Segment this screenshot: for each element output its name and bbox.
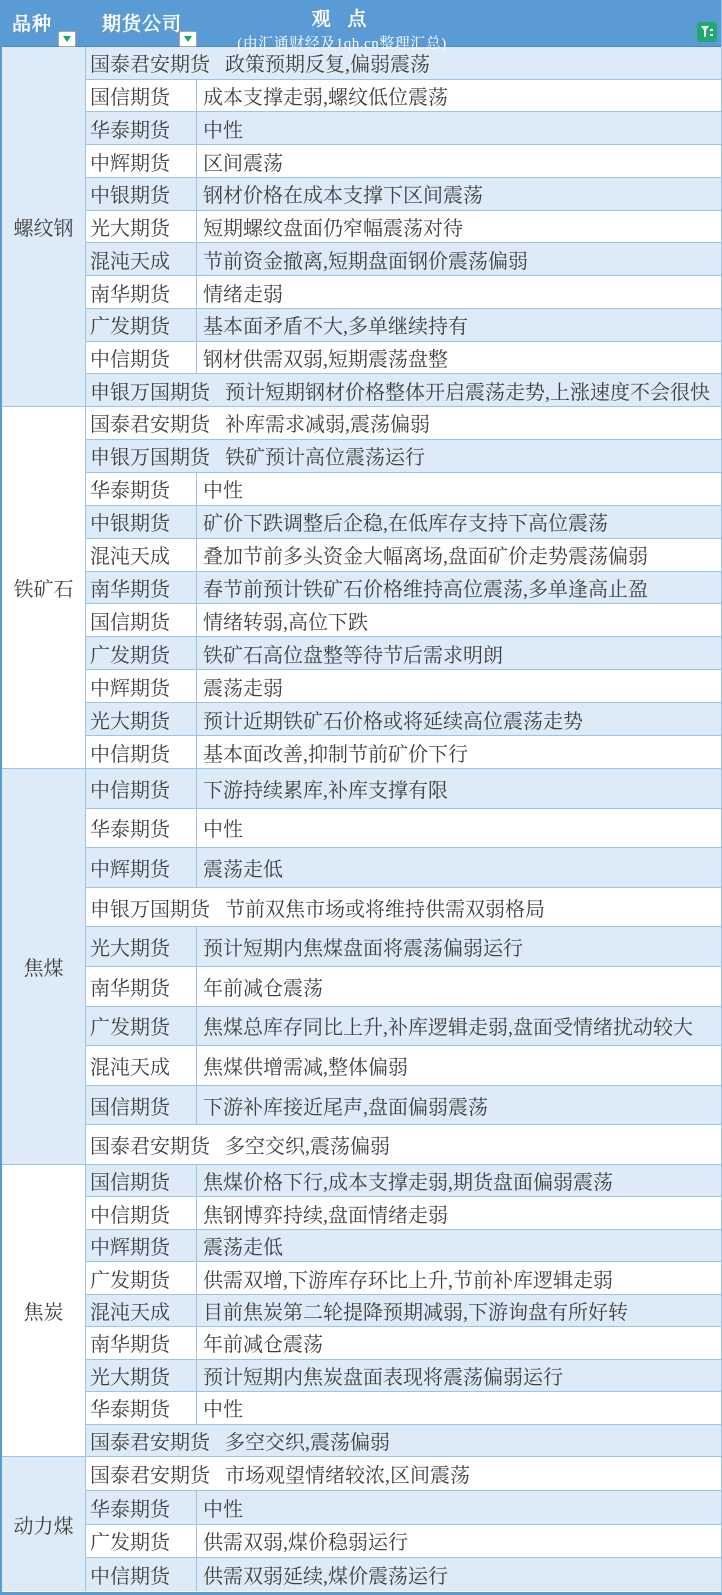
table-row: 光大期货预计近期铁矿石价格或将延续高位震荡走势 bbox=[86, 703, 721, 736]
company-cell[interactable]: 混沌天成 bbox=[86, 1295, 197, 1326]
table-row: 光大期货预计短期内焦煤盘面将震荡偏弱运行 bbox=[86, 927, 721, 967]
view-cell[interactable]: 补库需求减弱,震荡偏弱 bbox=[219, 407, 721, 439]
table-row: 南华期货春节前预计铁矿石价格维持高位震荡,多单逢高止盈 bbox=[86, 572, 721, 605]
table-row: 中银期货钢材价格在成本支撑下区间震荡 bbox=[86, 178, 721, 211]
table-row: 中辉期货震荡走低 bbox=[86, 1230, 721, 1262]
company-column-header: 期货公司 bbox=[102, 9, 182, 36]
view-cell[interactable]: 下游持续累库,补库支撑有限 bbox=[197, 769, 721, 808]
table-row: 国信期货情绪转弱,高位下跌 bbox=[86, 604, 721, 637]
view-cell[interactable]: 年前减仓震荡 bbox=[197, 967, 721, 1006]
table-body: 螺纹钢国泰君安期货政策预期反复,偏弱震荡国信期货成本支撑走弱,螺纹低位震荡华泰期… bbox=[2, 47, 721, 1591]
company-cell[interactable]: 华泰期货 bbox=[86, 1491, 197, 1524]
view-cell[interactable]: 中性 bbox=[197, 1491, 721, 1524]
company-cell[interactable]: 中辉期货 bbox=[86, 848, 197, 887]
table-row: 混沌天成焦煤供增需减,整体偏弱 bbox=[86, 1046, 721, 1086]
variety-cell[interactable]: 焦煤 bbox=[2, 769, 86, 1164]
table-row: 南华期货年前减仓震荡 bbox=[86, 1327, 721, 1359]
table-row: 中银期货矿价下跌调整后企稳,在低库存支持下高位震荡 bbox=[86, 506, 721, 539]
view-cell[interactable]: 预计短期内焦炭盘面表现将震荡偏弱运行 bbox=[197, 1360, 721, 1391]
view-cell[interactable]: 预计短期内焦煤盘面将震荡偏弱运行 bbox=[197, 927, 721, 966]
view-cell[interactable]: 铁矿石高位盘整等待节后需求明朗 bbox=[197, 637, 721, 669]
company-cell[interactable]: 申银万国期货 bbox=[86, 374, 219, 406]
table-row: 华泰期货中性 bbox=[86, 809, 721, 849]
company-cell[interactable]: 中辉期货 bbox=[86, 1230, 197, 1261]
view-cell[interactable]: 预计短期钢材价格整体开启震荡走势,上涨速度不会很快 bbox=[219, 374, 721, 406]
view-cell[interactable]: 矿价下跌调整后企稳,在低库存支持下高位震荡 bbox=[197, 506, 721, 538]
table-row: 申银万国期货铁矿预计高位震荡运行 bbox=[86, 440, 721, 473]
table-row: 广发期货供需双弱,煤价稳弱运行 bbox=[86, 1525, 721, 1559]
company-cell[interactable]: 南华期货 bbox=[86, 967, 197, 1006]
table-row: 广发期货铁矿石高位盘整等待节后需求明朗 bbox=[86, 637, 721, 670]
company-cell[interactable]: 广发期货 bbox=[86, 1525, 197, 1558]
company-cell[interactable]: 广发期货 bbox=[86, 637, 197, 669]
company-cell[interactable]: 南华期货 bbox=[86, 1327, 197, 1358]
table-row: 混沌天成节前资金撤离,短期盘面钢价震荡偏弱 bbox=[86, 243, 721, 276]
table-row: 国信期货成本支撑走弱,螺纹低位震荡 bbox=[86, 80, 721, 113]
table-row: 华泰期货中性 bbox=[86, 112, 721, 145]
table-row: 混沌天成叠加节前多头资金大幅离场,盘面矿价走势震荡偏弱 bbox=[86, 539, 721, 572]
variety-filter-dropdown[interactable] bbox=[58, 31, 76, 47]
table-row: 华泰期货中性 bbox=[86, 1392, 721, 1424]
table-row: 中信期货下游持续累库,补库支撑有限 bbox=[86, 769, 721, 809]
table-row: 混沌天成目前焦炭第二轮提降预期减弱,下游询盘有所好转 bbox=[86, 1295, 721, 1327]
futures-views-table: 品种 期货公司 观 点 (由汇通财经及1qh.cn整理汇总) 螺纹钢国泰君安期货… bbox=[0, 0, 722, 1595]
company-cell[interactable]: 南华期货 bbox=[86, 276, 197, 308]
view-cell[interactable]: 震荡走低 bbox=[197, 848, 721, 887]
table-row: 国泰君安期货补库需求减弱,震荡偏弱 bbox=[86, 407, 721, 440]
table-row: 中信期货供需双弱延续,煤价震荡运行 bbox=[86, 1558, 721, 1591]
table-row: 南华期货情绪走弱 bbox=[86, 276, 721, 309]
view-cell[interactable]: 震荡走弱 bbox=[197, 670, 721, 702]
commodity-section: 焦炭国信期货焦煤价格下行,成本支撑走弱,期货盘面偏弱震荡中信期货焦钢博弈持续,盘… bbox=[2, 1165, 721, 1457]
table-row: 国信期货焦煤价格下行,成本支撑走弱,期货盘面偏弱震荡 bbox=[86, 1165, 721, 1197]
view-cell[interactable]: 叠加节前多头资金大幅离场,盘面矿价走势震荡偏弱 bbox=[197, 539, 721, 571]
view-cell[interactable]: 春节前预计铁矿石价格维持高位震荡,多单逢高止盈 bbox=[197, 572, 721, 604]
view-cell[interactable]: 目前焦炭第二轮提降预期减弱,下游询盘有所好转 bbox=[197, 1295, 721, 1326]
table-row: 光大期货预计短期内焦炭盘面表现将震荡偏弱运行 bbox=[86, 1360, 721, 1392]
company-cell[interactable]: 华泰期货 bbox=[86, 473, 197, 505]
view-cell[interactable]: 中性 bbox=[197, 112, 721, 144]
view-cell[interactable]: 中性 bbox=[197, 1392, 721, 1423]
table-row: 华泰期货中性 bbox=[86, 473, 721, 506]
commodity-section: 动力煤国泰君安期货市场观望情绪较浓,区间震荡华泰期货中性广发期货供需双弱,煤价稳… bbox=[2, 1457, 721, 1591]
variety-column-header: 品种 bbox=[12, 9, 52, 36]
table-row: 国泰君安期货多空交织,震荡偏弱 bbox=[86, 1125, 721, 1164]
view-cell[interactable]: 焦钢博弈持续,盘面情绪走弱 bbox=[197, 1197, 721, 1228]
section-rows: 国信期货焦煤价格下行,成本支撑走弱,期货盘面偏弱震荡中信期货焦钢博弈持续,盘面情… bbox=[86, 1165, 721, 1456]
company-cell[interactable]: 中银期货 bbox=[86, 178, 197, 210]
company-cell[interactable]: 光大期货 bbox=[86, 703, 197, 735]
table-row: 国信期货下游补库接近尾声,盘面偏弱震荡 bbox=[86, 1086, 721, 1126]
company-cell[interactable]: 国泰君安期货 bbox=[86, 1125, 219, 1164]
company-filter-dropdown[interactable] bbox=[179, 31, 197, 47]
company-cell[interactable]: 国信期货 bbox=[86, 80, 197, 112]
variety-cell[interactable]: 铁矿石 bbox=[2, 407, 86, 768]
view-cell[interactable]: 供需双弱延续,煤价震荡运行 bbox=[197, 1558, 721, 1591]
company-cell[interactable]: 广发期货 bbox=[86, 1262, 197, 1293]
section-rows: 国泰君安期货政策预期反复,偏弱震荡国信期货成本支撑走弱,螺纹低位震荡华泰期货中性… bbox=[86, 47, 721, 406]
view-cell[interactable]: 震荡走低 bbox=[197, 1230, 721, 1261]
view-cell[interactable]: 成本支撑走弱,螺纹低位震荡 bbox=[197, 80, 721, 112]
commodity-section: 螺纹钢国泰君安期货政策预期反复,偏弱震荡国信期货成本支撑走弱,螺纹低位震荡华泰期… bbox=[2, 47, 721, 407]
table-row: 广发期货基本面矛盾不大,多单继续持有 bbox=[86, 309, 721, 342]
view-cell[interactable]: 中性 bbox=[197, 809, 721, 848]
company-cell[interactable]: 中辉期货 bbox=[86, 670, 197, 702]
table-row: 中辉期货震荡走弱 bbox=[86, 670, 721, 703]
company-cell[interactable]: 光大期货 bbox=[86, 1360, 197, 1391]
view-cell[interactable]: 年前减仓震荡 bbox=[197, 1327, 721, 1358]
company-cell[interactable]: 中信期货 bbox=[86, 736, 197, 768]
view-cell[interactable]: 市场观望情绪较浓,区间震荡 bbox=[219, 1457, 721, 1490]
view-column-header: 观 点 (由汇通财经及1qh.cn整理汇总) bbox=[197, 4, 487, 53]
view-cell[interactable]: 多空交织,震荡偏弱 bbox=[219, 1125, 721, 1164]
view-cell[interactable]: 节前资金撤离,短期盘面钢价震荡偏弱 bbox=[197, 243, 721, 275]
commodity-section: 焦煤中信期货下游持续累库,补库支撑有限华泰期货中性中辉期货震荡走低申银万国期货节… bbox=[2, 769, 721, 1165]
chevron-down-icon bbox=[63, 36, 71, 42]
company-cell[interactable]: 国信期货 bbox=[86, 1086, 197, 1125]
table-row: 中信期货焦钢博弈持续,盘面情绪走弱 bbox=[86, 1197, 721, 1229]
company-cell[interactable]: 混沌天成 bbox=[86, 1046, 197, 1085]
company-cell[interactable]: 中辉期货 bbox=[86, 145, 197, 177]
table-row: 中信期货钢材供需双弱,短期震荡盘整 bbox=[86, 342, 721, 375]
view-column-subtitle: (由汇通财经及1qh.cn整理汇总) bbox=[197, 32, 487, 53]
table-row: 国泰君安期货市场观望情绪较浓,区间震荡 bbox=[86, 1457, 721, 1491]
table-row: 中辉期货震荡走低 bbox=[86, 848, 721, 888]
view-cell[interactable]: 短期螺纹盘面仍窄幅震荡对待 bbox=[197, 211, 721, 243]
section-rows: 国泰君安期货补库需求减弱,震荡偏弱申银万国期货铁矿预计高位震荡运行华泰期货中性中… bbox=[86, 407, 721, 768]
view-cell[interactable]: 预计近期铁矿石价格或将延续高位震荡走势 bbox=[197, 703, 721, 735]
table-row: 光大期货短期螺纹盘面仍窄幅震荡对待 bbox=[86, 211, 721, 244]
view-cell[interactable]: 基本面矛盾不大,多单继续持有 bbox=[197, 309, 721, 341]
table-row: 国泰君安期货多空交织,震荡偏弱 bbox=[86, 1425, 721, 1456]
company-cell[interactable]: 中信期货 bbox=[86, 1558, 197, 1591]
section-rows: 中信期货下游持续累库,补库支撑有限华泰期货中性中辉期货震荡走低申银万国期货节前双… bbox=[86, 769, 721, 1164]
company-cell[interactable]: 申银万国期货 bbox=[86, 888, 219, 927]
table-row: 广发期货焦煤总库存同比上升,补库逻辑走弱,盘面受情绪扰动较大 bbox=[86, 1007, 721, 1047]
company-cell[interactable]: 南华期货 bbox=[86, 572, 197, 604]
chevron-down-icon bbox=[184, 36, 192, 42]
section-rows: 国泰君安期货市场观望情绪较浓,区间震荡华泰期货中性广发期货供需双弱,煤价稳弱运行… bbox=[86, 1457, 721, 1591]
view-cell[interactable]: 供需双增,下游库存环比上升,节前补库逻辑走弱 bbox=[197, 1262, 721, 1293]
company-cell[interactable]: 中信期货 bbox=[86, 342, 197, 374]
table-row: 申银万国期货预计短期钢材价格整体开启震荡走势,上涨速度不会很快 bbox=[86, 374, 721, 406]
company-cell[interactable]: 混沌天成 bbox=[86, 539, 197, 571]
view-cell[interactable]: 中性 bbox=[197, 473, 721, 505]
view-cell[interactable]: 焦煤价格下行,成本支撑走弱,期货盘面偏弱震荡 bbox=[197, 1165, 721, 1196]
company-cell[interactable]: 国泰君安期货 bbox=[86, 1457, 219, 1490]
company-cell[interactable]: 光大期货 bbox=[86, 927, 197, 966]
view-column-title: 观 点 bbox=[197, 4, 487, 31]
company-cell[interactable]: 华泰期货 bbox=[86, 1392, 197, 1423]
view-cell[interactable]: 铁矿预计高位震荡运行 bbox=[219, 440, 721, 472]
view-cell[interactable]: 钢材价格在成本支撑下区间震荡 bbox=[197, 178, 721, 210]
variety-cell[interactable]: 焦炭 bbox=[2, 1165, 86, 1456]
company-cell[interactable]: 国泰君安期货 bbox=[86, 1425, 219, 1456]
company-cell[interactable]: 申银万国期货 bbox=[86, 440, 219, 472]
commodity-section: 铁矿石国泰君安期货补库需求减弱,震荡偏弱申银万国期货铁矿预计高位震荡运行华泰期货… bbox=[2, 407, 721, 769]
company-cell[interactable]: 国泰君安期货 bbox=[86, 407, 219, 439]
company-cell[interactable]: 华泰期货 bbox=[86, 809, 197, 848]
company-cell[interactable]: 中信期货 bbox=[86, 769, 197, 808]
view-cell[interactable]: 基本面改善,抑制节前矿价下行 bbox=[197, 736, 721, 768]
view-cell[interactable]: 情绪转弱,高位下跌 bbox=[197, 604, 721, 636]
company-cell[interactable]: 混沌天成 bbox=[86, 243, 197, 275]
view-cell[interactable]: 情绪走弱 bbox=[197, 276, 721, 308]
view-cell[interactable]: 焦煤总库存同比上升,补库逻辑走弱,盘面受情绪扰动较大 bbox=[197, 1007, 721, 1046]
company-cell[interactable]: 中银期货 bbox=[86, 506, 197, 538]
company-cell[interactable]: 国信期货 bbox=[86, 604, 197, 636]
variety-cell[interactable]: 螺纹钢 bbox=[2, 47, 86, 406]
filter-funnel-icon[interactable] bbox=[697, 22, 717, 42]
company-cell[interactable]: 国信期货 bbox=[86, 1165, 197, 1196]
table-row: 南华期货年前减仓震荡 bbox=[86, 967, 721, 1007]
table-row: 广发期货供需双增,下游库存环比上升,节前补库逻辑走弱 bbox=[86, 1262, 721, 1294]
company-cell[interactable]: 广发期货 bbox=[86, 1007, 197, 1046]
company-cell[interactable]: 广发期货 bbox=[86, 309, 197, 341]
view-cell[interactable]: 多空交织,震荡偏弱 bbox=[219, 1425, 721, 1456]
variety-cell[interactable]: 动力煤 bbox=[2, 1457, 86, 1591]
table-row: 中辉期货区间震荡 bbox=[86, 145, 721, 178]
view-cell[interactable]: 节前双焦市场或将维持供需双弱格局 bbox=[219, 888, 721, 927]
table-header: 品种 期货公司 观 点 (由汇通财经及1qh.cn整理汇总) bbox=[2, 0, 721, 47]
table-row: 中信期货基本面改善,抑制节前矿价下行 bbox=[86, 736, 721, 768]
view-cell[interactable]: 下游补库接近尾声,盘面偏弱震荡 bbox=[197, 1086, 721, 1125]
view-cell[interactable]: 供需双弱,煤价稳弱运行 bbox=[197, 1525, 721, 1558]
company-cell[interactable]: 中信期货 bbox=[86, 1197, 197, 1228]
view-cell[interactable]: 区间震荡 bbox=[197, 145, 721, 177]
view-cell[interactable]: 焦煤供增需减,整体偏弱 bbox=[197, 1046, 721, 1085]
table-row: 申银万国期货节前双焦市场或将维持供需双弱格局 bbox=[86, 888, 721, 928]
company-cell[interactable]: 华泰期货 bbox=[86, 112, 197, 144]
company-cell[interactable]: 光大期货 bbox=[86, 211, 197, 243]
table-row: 华泰期货中性 bbox=[86, 1491, 721, 1525]
view-cell[interactable]: 钢材供需双弱,短期震荡盘整 bbox=[197, 342, 721, 374]
